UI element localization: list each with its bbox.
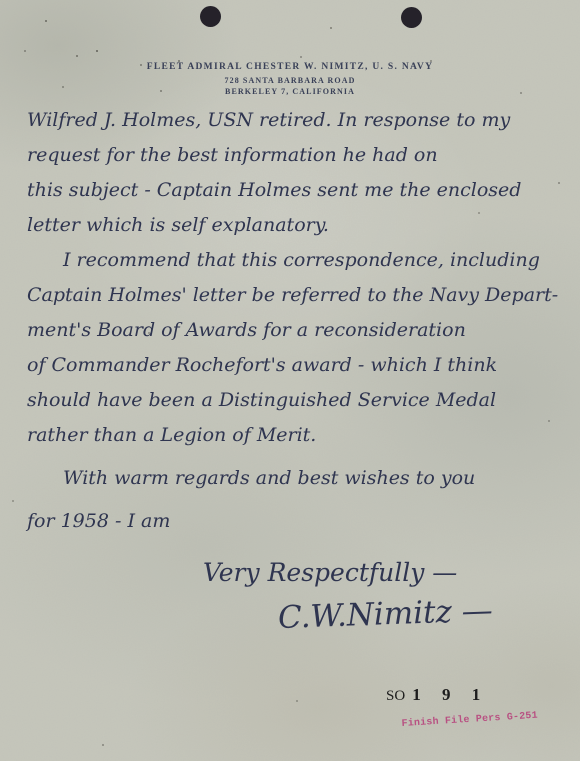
punch-hole-right-icon [401,7,422,28]
handwriting-line: of Commander Rochefort's award - which I… [27,348,566,383]
handwriting-line: should have been a Distinguished Service… [27,383,566,418]
punch-hole-left-icon [200,6,221,27]
paper-speckles [0,0,2,2]
handwriting-line: With warm regards and best wishes to you [27,461,566,496]
handwriting-line: rather than a Legion of Merit. [27,418,566,453]
letterhead: FLEET ADMIRAL CHESTER W. NIMITZ, U. S. N… [0,62,580,96]
handwriting-line: ment's Board of Awards for a reconsidera… [27,313,566,348]
file-number-prefix: SO [386,688,405,704]
finish-file-stamp: Finish File Pers G-251 [401,711,538,730]
letterhead-name: FLEET ADMIRAL CHESTER W. NIMITZ, U. S. N… [0,62,580,72]
handwriting-line: Wilfred J. Holmes, USN retired. In respo… [27,103,566,138]
letterhead-street: 728 SANTA BARBARA ROAD [0,76,580,85]
scanned-letter-page: FLEET ADMIRAL CHESTER W. NIMITZ, U. S. N… [0,0,580,761]
signature: C.W.Nimitz — [277,593,493,636]
file-number-digits: 1 9 1 [412,685,485,704]
letter-body: Wilfred J. Holmes, USN retired. In respo… [27,103,566,539]
handwriting-line: request for the best information he had … [27,138,566,173]
handwriting-line: letter which is self explanatory. [27,208,566,243]
handwriting-line: for 1958 - I am [27,504,566,539]
file-number-stamp: SO1 9 1 [386,685,485,705]
handwriting-line: I recommend that this correspondence, in… [27,243,566,278]
handwriting-line: Captain Holmes' letter be referred to th… [27,278,566,313]
letterhead-city: BERKELEY 7, CALIFORNIA [0,87,580,96]
handwriting-line: this subject - Captain Holmes sent me th… [27,173,566,208]
valediction: Very Respectfully — [203,558,457,587]
